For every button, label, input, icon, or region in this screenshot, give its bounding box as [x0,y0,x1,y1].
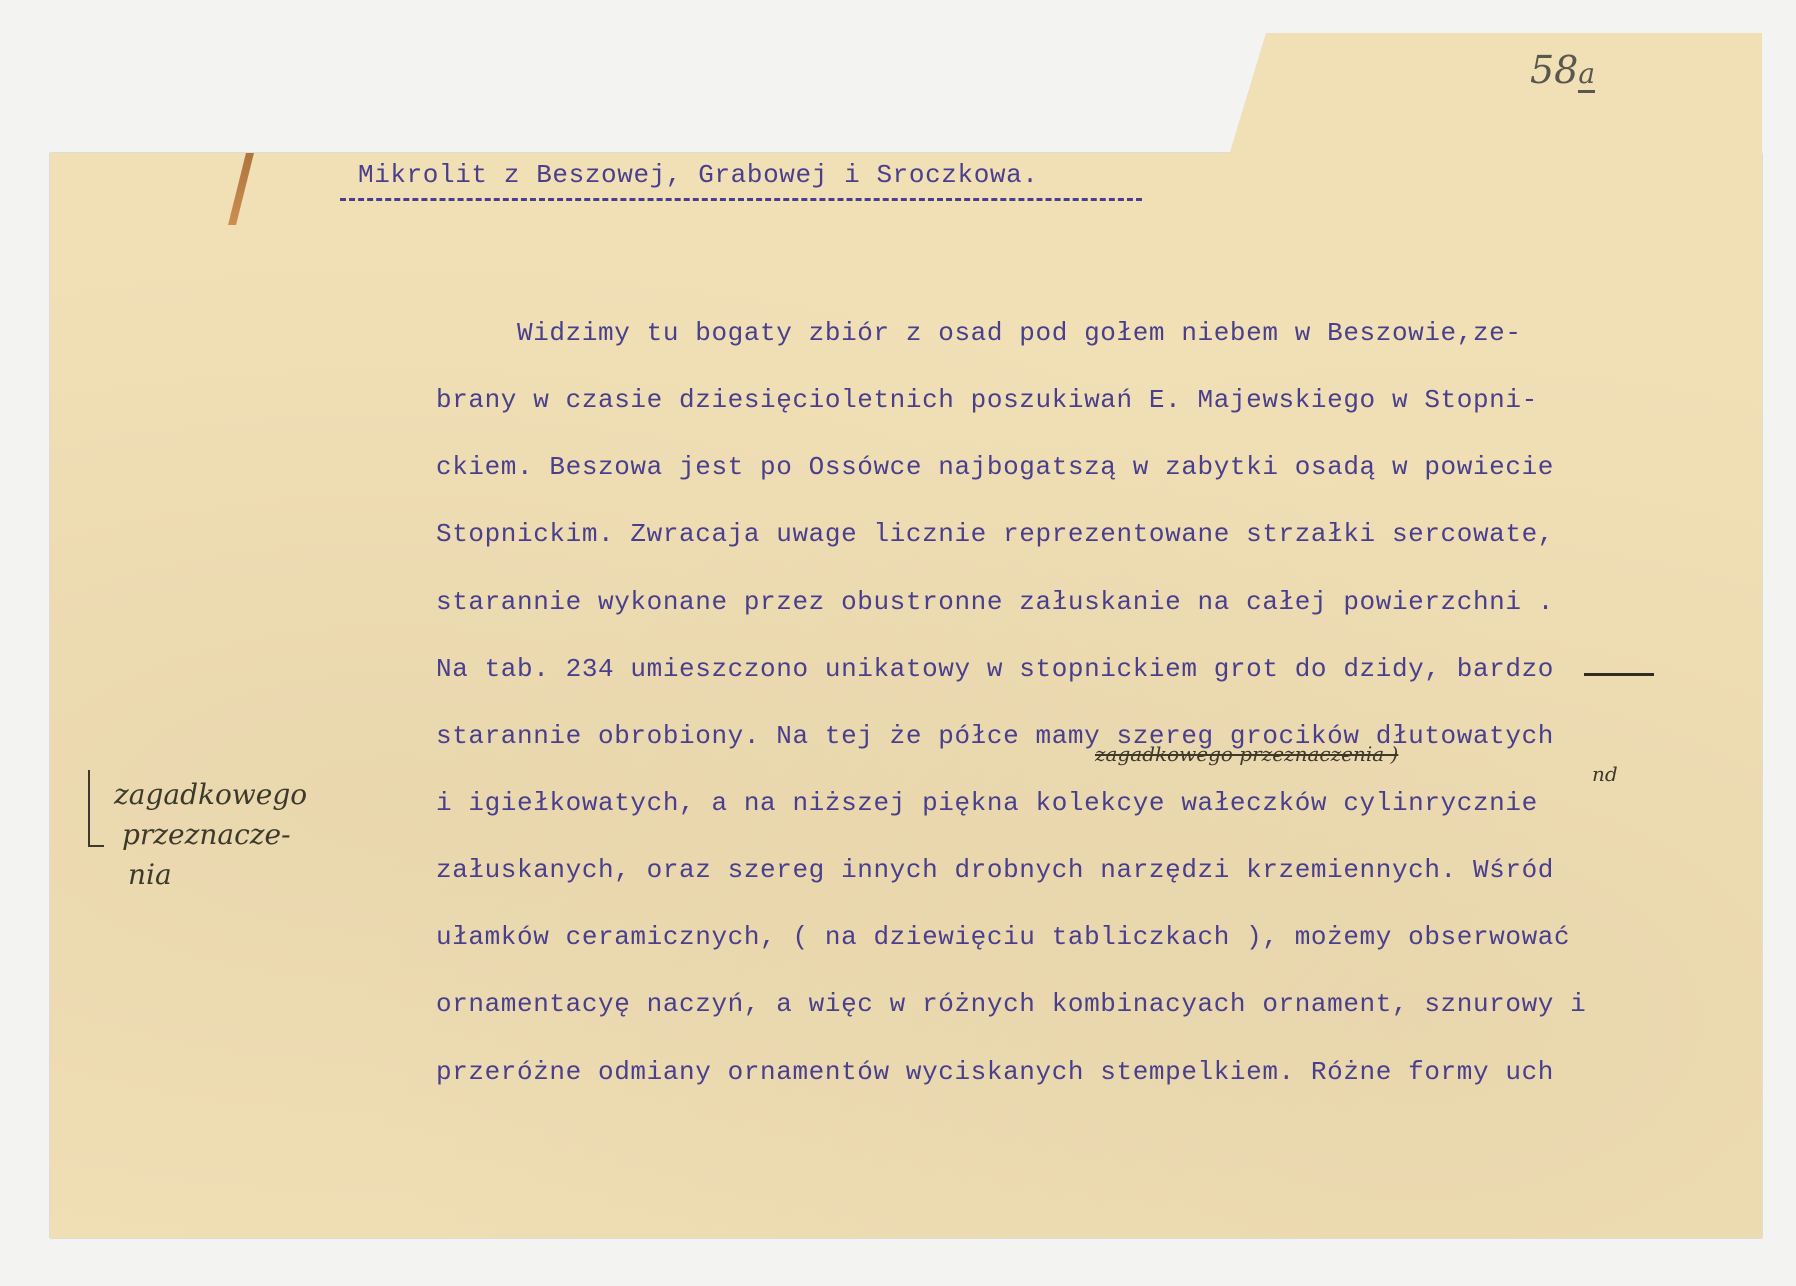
body-line: załuskanych, oraz szereg innych drobnych… [436,855,1554,885]
margin-note-line: nia [88,855,307,895]
margin-note: zagadkowego przeznacze- nia [88,775,307,895]
body-line: ułamków ceramicznych, ( na dziewięciu ta… [436,922,1570,952]
strikethrough-mark [1584,673,1654,676]
page-number-suffix: a [1578,57,1595,93]
body-line: Widzimy tu bogaty zbiór z osad pod gołem… [436,318,1522,348]
interlinear-correction: zagadkowego przeznaczenia ) [1095,742,1398,766]
body-line: przeróżne odmiany ornamentów wyciskanych… [436,1057,1554,1087]
title-underline [340,198,1142,201]
margin-note-line: przeznacze- [88,815,307,855]
body-line: Stopnickim. Zwracaja uwage licznie repre… [436,519,1554,549]
body-line: ckiem. Beszowa jest po Ossówce najbogats… [436,452,1554,482]
page-number-value: 58 [1530,48,1578,92]
body-line: Na tab. 234 umieszczono unikatowy w stop… [436,654,1554,684]
body-line: i igiełkowatych, a na niższej piękna kol… [436,788,1538,818]
margin-note-line: zagadkowego [88,775,307,815]
document-title: Mikrolit z Beszowej, Grabowej i Sroczkow… [358,160,1039,190]
page-number: 58a [1530,48,1595,92]
attached-paper-slip [1226,33,1762,193]
body-line: brany w czasie dziesięcioletnich poszuki… [436,385,1538,415]
body-line: ornamentacyę naczyń, a więc w różnych ko… [436,989,1586,1019]
body-line: starannie wykonane przez obustronne zału… [436,587,1554,617]
insertion-mark: nd [1592,762,1618,786]
